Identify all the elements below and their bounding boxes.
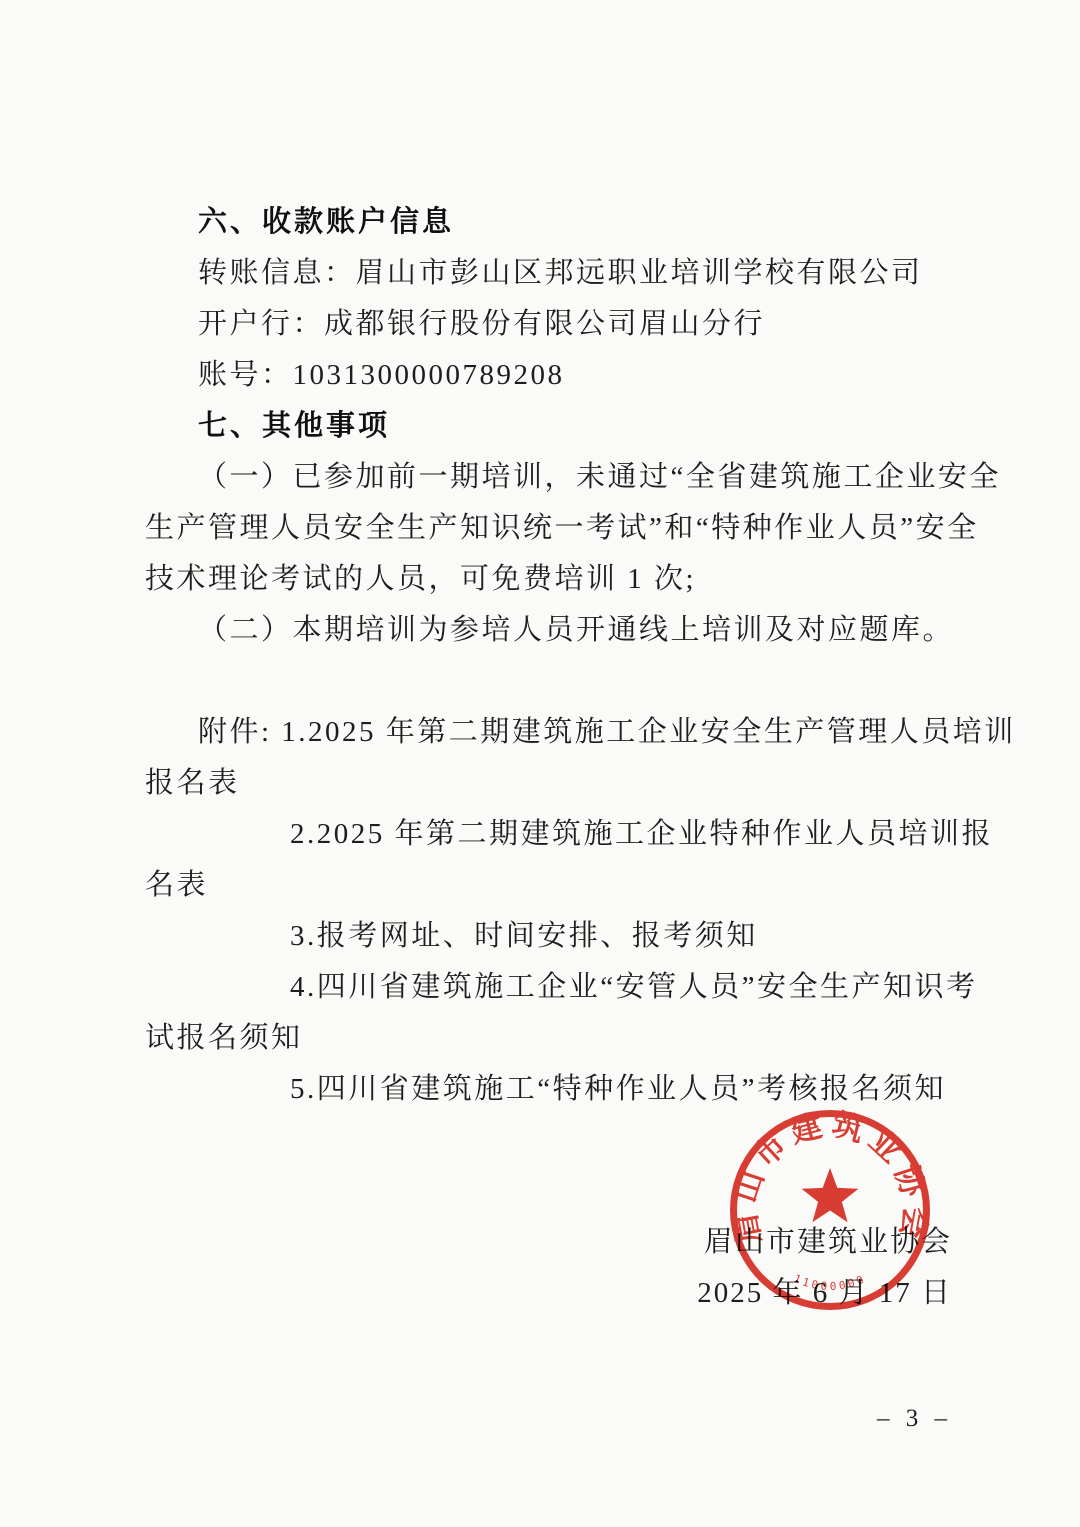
document-body: 六、收款账户信息 转账信息：眉山市彭山区邦远职业培训学校有限公司 开户行：成都银…	[145, 197, 960, 1319]
signature-org: 眉山市建筑业协会	[145, 1217, 960, 1268]
line-transfer-info: 转账信息：眉山市彭山区邦远职业培训学校有限公司	[145, 248, 960, 299]
page-number: – 3 –	[877, 1405, 952, 1433]
attachment-4-line2: 试报名须知	[145, 1013, 960, 1064]
attachment-3: 3.报考网址、时间安排、报考须知	[145, 911, 960, 962]
blank-line	[145, 656, 960, 707]
attachment-1-line2: 报名表	[145, 758, 960, 809]
signature-date: 2025 年 6 月 17 日	[145, 1268, 960, 1319]
attachment-2-line1: 2.2025 年第二期建筑施工企业特种作业人员培训报	[145, 809, 960, 860]
para-one-line3: 技术理论考试的人员，可免费培训 1 次;	[145, 554, 960, 605]
heading-section7: 七、其他事项	[145, 401, 960, 452]
para-two: （二）本期培训为参培人员开通线上培训及对应题库。	[145, 605, 960, 656]
para-one-line2: 生产管理人员安全生产知识统一考试”和“特种作业人员”安全	[145, 503, 960, 554]
heading-section6: 六、收款账户信息	[145, 197, 960, 248]
para-one-line1: （一）已参加前一期培训，未通过“全省建筑施工企业安全	[145, 452, 960, 503]
gap-before-signature	[145, 1115, 960, 1217]
attachment-5: 5.四川省建筑施工“特种作业人员”考核报名须知	[145, 1064, 960, 1115]
attachment-4-line1: 4.四川省建筑施工企业“安管人员”安全生产知识考	[145, 962, 960, 1013]
line-account-number: 账号：1031300000789208	[145, 350, 960, 401]
attachment-2-line2: 名表	[145, 860, 960, 911]
document-page: 六、收款账户信息 转账信息：眉山市彭山区邦远职业培训学校有限公司 开户行：成都银…	[0, 0, 1080, 1527]
line-bank-branch: 开户行：成都银行股份有限公司眉山分行	[145, 299, 960, 350]
attachment-1-line1: 附件: 1.2025 年第二期建筑施工企业安全生产管理人员培训	[145, 707, 960, 758]
